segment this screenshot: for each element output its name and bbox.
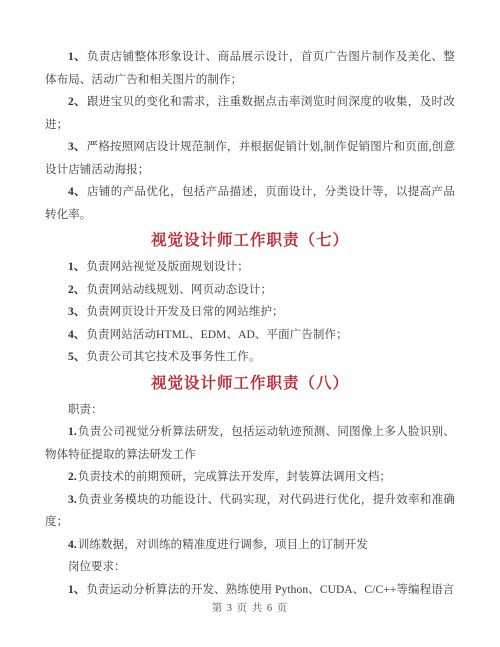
item-number: 4、 [68, 186, 86, 198]
item-number: 1、 [68, 51, 86, 63]
page-footer: 第 3 页 共 6 页 [0, 600, 500, 615]
list-item: 2.负责技术的前期预研，完成算法开发库，封装算法调用文档； [45, 466, 455, 489]
item-number: 2、 [68, 96, 86, 108]
item-number: 1. [68, 426, 77, 438]
item-number: 3. [68, 494, 77, 506]
item-number: 1、 [68, 261, 85, 273]
list-item: 1.负责公司视觉分析算法研发，包括运动轨迹预测、同图像上多人脸识别、物体特征提取… [45, 421, 455, 466]
subheading-duties: 职责： [45, 399, 455, 422]
item-text: 负责公司视觉分析算法研发，包括运动轨迹预测、同图像上多人脸识别、物体特征提取的算… [45, 426, 455, 461]
item-number: 3、 [68, 306, 85, 318]
item-text: 负责技术的前期预研，完成算法开发库，封装算法调用文档； [78, 471, 391, 483]
subheading-requirements: 岗位要求： [45, 556, 455, 579]
item-text: 店铺的产品优化，包括产品描述，页面设计，分类设计等，以提高产品转化率。 [45, 186, 455, 221]
list-item: 4.训练数据，对训练的精准度进行调参，项目上的订制开发 [45, 534, 455, 557]
list-item: 3.负责业务模块的功能设计、代码实现，对代码进行优化，提升效率和准确度； [45, 489, 455, 534]
item-text: 跟进宝贝的变化和需求，注重数据点击率浏览时间深度的收集，及时改进； [45, 96, 455, 131]
section-heading-8: 视觉设计师工作职责（八） [45, 373, 455, 395]
list-item: 1、负责店铺整体形象设计、商品展示设计，首页广告图片制作及美化、整体布局、活动广… [45, 46, 455, 91]
item-text: 负责店铺整体形象设计、商品展示设计，首页广告图片制作及美化、整体布局、活动广告和… [45, 51, 455, 86]
item-number: 2、 [68, 284, 85, 296]
section-heading-7: 视觉设计师工作职责（七） [45, 230, 455, 252]
item-number: 5、 [68, 351, 85, 363]
item-text: 负责业务模块的功能设计、代码实现，对代码进行优化，提升效率和准确度； [45, 494, 455, 529]
item-number: 2. [68, 471, 77, 483]
item-number: 4、 [68, 329, 85, 341]
list-item: 2、跟进宝贝的变化和需求，注重数据点击率浏览时间深度的收集，及时改进； [45, 91, 455, 136]
item-text: 严格按照网店设计规范制作，并根据促销计划,制作促销图片和页面,创意设计店铺活动海… [45, 141, 455, 176]
list-item: 3、负责网页设计开发及日常的网站维护； [45, 301, 455, 324]
list-item: 2、负责网站动线规划、网页动态设计； [45, 279, 455, 302]
list-item: 3、严格按照网店设计规范制作，并根据促销计划,制作促销图片和页面,创意设计店铺活… [45, 136, 455, 181]
item-number: 4. [68, 539, 77, 551]
list-item: 1、负责运动分析算法的开发、熟练使用 Python、CUDA、C/C++等编程语… [45, 579, 455, 602]
item-text: 负责网页设计开发及日常的网站维护； [86, 306, 283, 318]
item-number: 3、 [68, 141, 86, 153]
item-text: 负责网站视觉及版面规划设计； [86, 261, 248, 273]
document-page: 1、负责店铺整体形象设计、商品展示设计，首页广告图片制作及美化、整体布局、活动广… [0, 0, 500, 647]
list-item: 1、负责网站视觉及版面规划设计； [45, 256, 455, 279]
item-text: 负责运动分析算法的开发、熟练使用 Python、CUDA、C/C++等编程语言 [86, 584, 454, 596]
list-item: 5、负责公司其它技术及事务性工作。 [45, 346, 455, 369]
item-text: 负责网站活动HTML、EDM、AD、平面广告制作； [86, 329, 347, 341]
item-text: 训练数据，对训练的精准度进行调参，项目上的订制开发 [78, 539, 368, 551]
item-text: 负责网站动线规划、网页动态设计； [86, 284, 272, 296]
list-item: 4、店铺的产品优化，包括产品描述，页面设计，分类设计等，以提高产品转化率。 [45, 181, 455, 226]
item-text: 负责公司其它技术及事务性工作。 [86, 351, 260, 363]
list-item: 4、负责网站活动HTML、EDM、AD、平面广告制作； [45, 324, 455, 347]
item-number: 1、 [68, 584, 85, 596]
